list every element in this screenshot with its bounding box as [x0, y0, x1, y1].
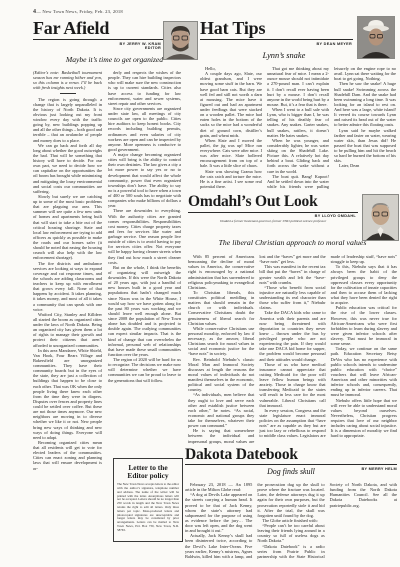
newspaper-page: 4— New Town News, Friday, Feb. 23, 2018 …: [0, 0, 400, 567]
omdahl-headline: The liberal Christian approach to moral …: [188, 238, 397, 247]
letter-policy-box: Letter to the Editor policy The New Town…: [113, 458, 183, 542]
folio-line: 4— New Town News, Friday, Feb. 23, 2018: [33, 9, 123, 15]
hat-tips-body: Hello,A couple days ago, Slate, our olde…: [200, 66, 396, 192]
datebook-text: February 23, 2018 — An 1895 article in t…: [185, 482, 397, 560]
section-hat-tips-header: Hat Tips BY DEAN MEYER: [200, 19, 396, 46]
far-afield-byline: BY JERRY W. KRAM EDITOR: [33, 42, 161, 52]
omdahl-title: Omdahl’s Out Look: [188, 194, 358, 210]
far-afield-column-b-text: derly and respects the wishes of the peo…: [108, 70, 181, 383]
section-far-afield-header: Far Afield BY JERRY W. KRAM EDITOR: [33, 19, 196, 51]
hat-tips-headline: Lynn’s snake: [200, 51, 368, 60]
hat-tips-byline: BY DEAN MEYER: [200, 42, 352, 47]
letter-policy-title-line2: Editor policy: [117, 472, 179, 480]
far-afield-headline: Maybe it’s time to get organized: [33, 55, 196, 64]
hat-tips-text: Hello,A couple days ago, Slate, our olde…: [200, 66, 396, 192]
datebook-body: February 23, 2018 — An 1895 article in t…: [185, 482, 397, 560]
far-afield-column-a-text: The region is going through a change tha…: [33, 97, 102, 471]
far-afield-byline-role: EDITOR: [33, 46, 161, 51]
section-datebook-header: Dakota Datebook BY MERRY HELM Dog finds …: [185, 447, 397, 476]
hat-tips-rule: [200, 39, 353, 40]
letter-policy-title: Letter to the Editor policy: [117, 464, 179, 480]
section-divider: [60, 93, 76, 94]
omdahl-body: With 85 percent of Americans bemoaning t…: [188, 254, 397, 444]
omdahl-text: With 85 percent of Americans bemoaning t…: [188, 254, 397, 444]
datebook-byline: BY MERRY HELM: [317, 467, 397, 472]
kram-portrait-illustration: [164, 22, 197, 59]
far-afield-title: Far Afield: [33, 19, 161, 37]
omdahl-byline: BY LLOYD OMDAHL: [188, 214, 356, 219]
omdahl-portrait-photo: [362, 194, 399, 241]
far-afield-column-a: (Editor’s note: Basketball tournament se…: [33, 70, 102, 547]
section-omdahl-header: Omdahl’s Out Look BY LLOYD OMDAHL Omdahl…: [188, 194, 397, 223]
hat-tips-title: Hat Tips: [200, 19, 352, 37]
datebook-title: Dakota Datebook: [185, 447, 397, 463]
omdahl-tagline: Omdahl a former lieutenant governor, for…: [188, 219, 358, 223]
far-afield-rule: [33, 39, 163, 40]
omdahl-portrait-illustration: [363, 195, 398, 240]
datebook-rule: [185, 464, 397, 465]
far-afield-column-b: derly and respects the wishes of the peo…: [108, 70, 181, 455]
omdahl-rule: [188, 212, 358, 213]
issue-line: — New Town News, Friday, Feb. 23, 2018: [36, 9, 123, 14]
letter-policy-body: The New Town News accepts letters to the…: [117, 483, 179, 532]
far-afield-editors-note: (Editor’s note: Basketball tournament se…: [33, 70, 102, 91]
